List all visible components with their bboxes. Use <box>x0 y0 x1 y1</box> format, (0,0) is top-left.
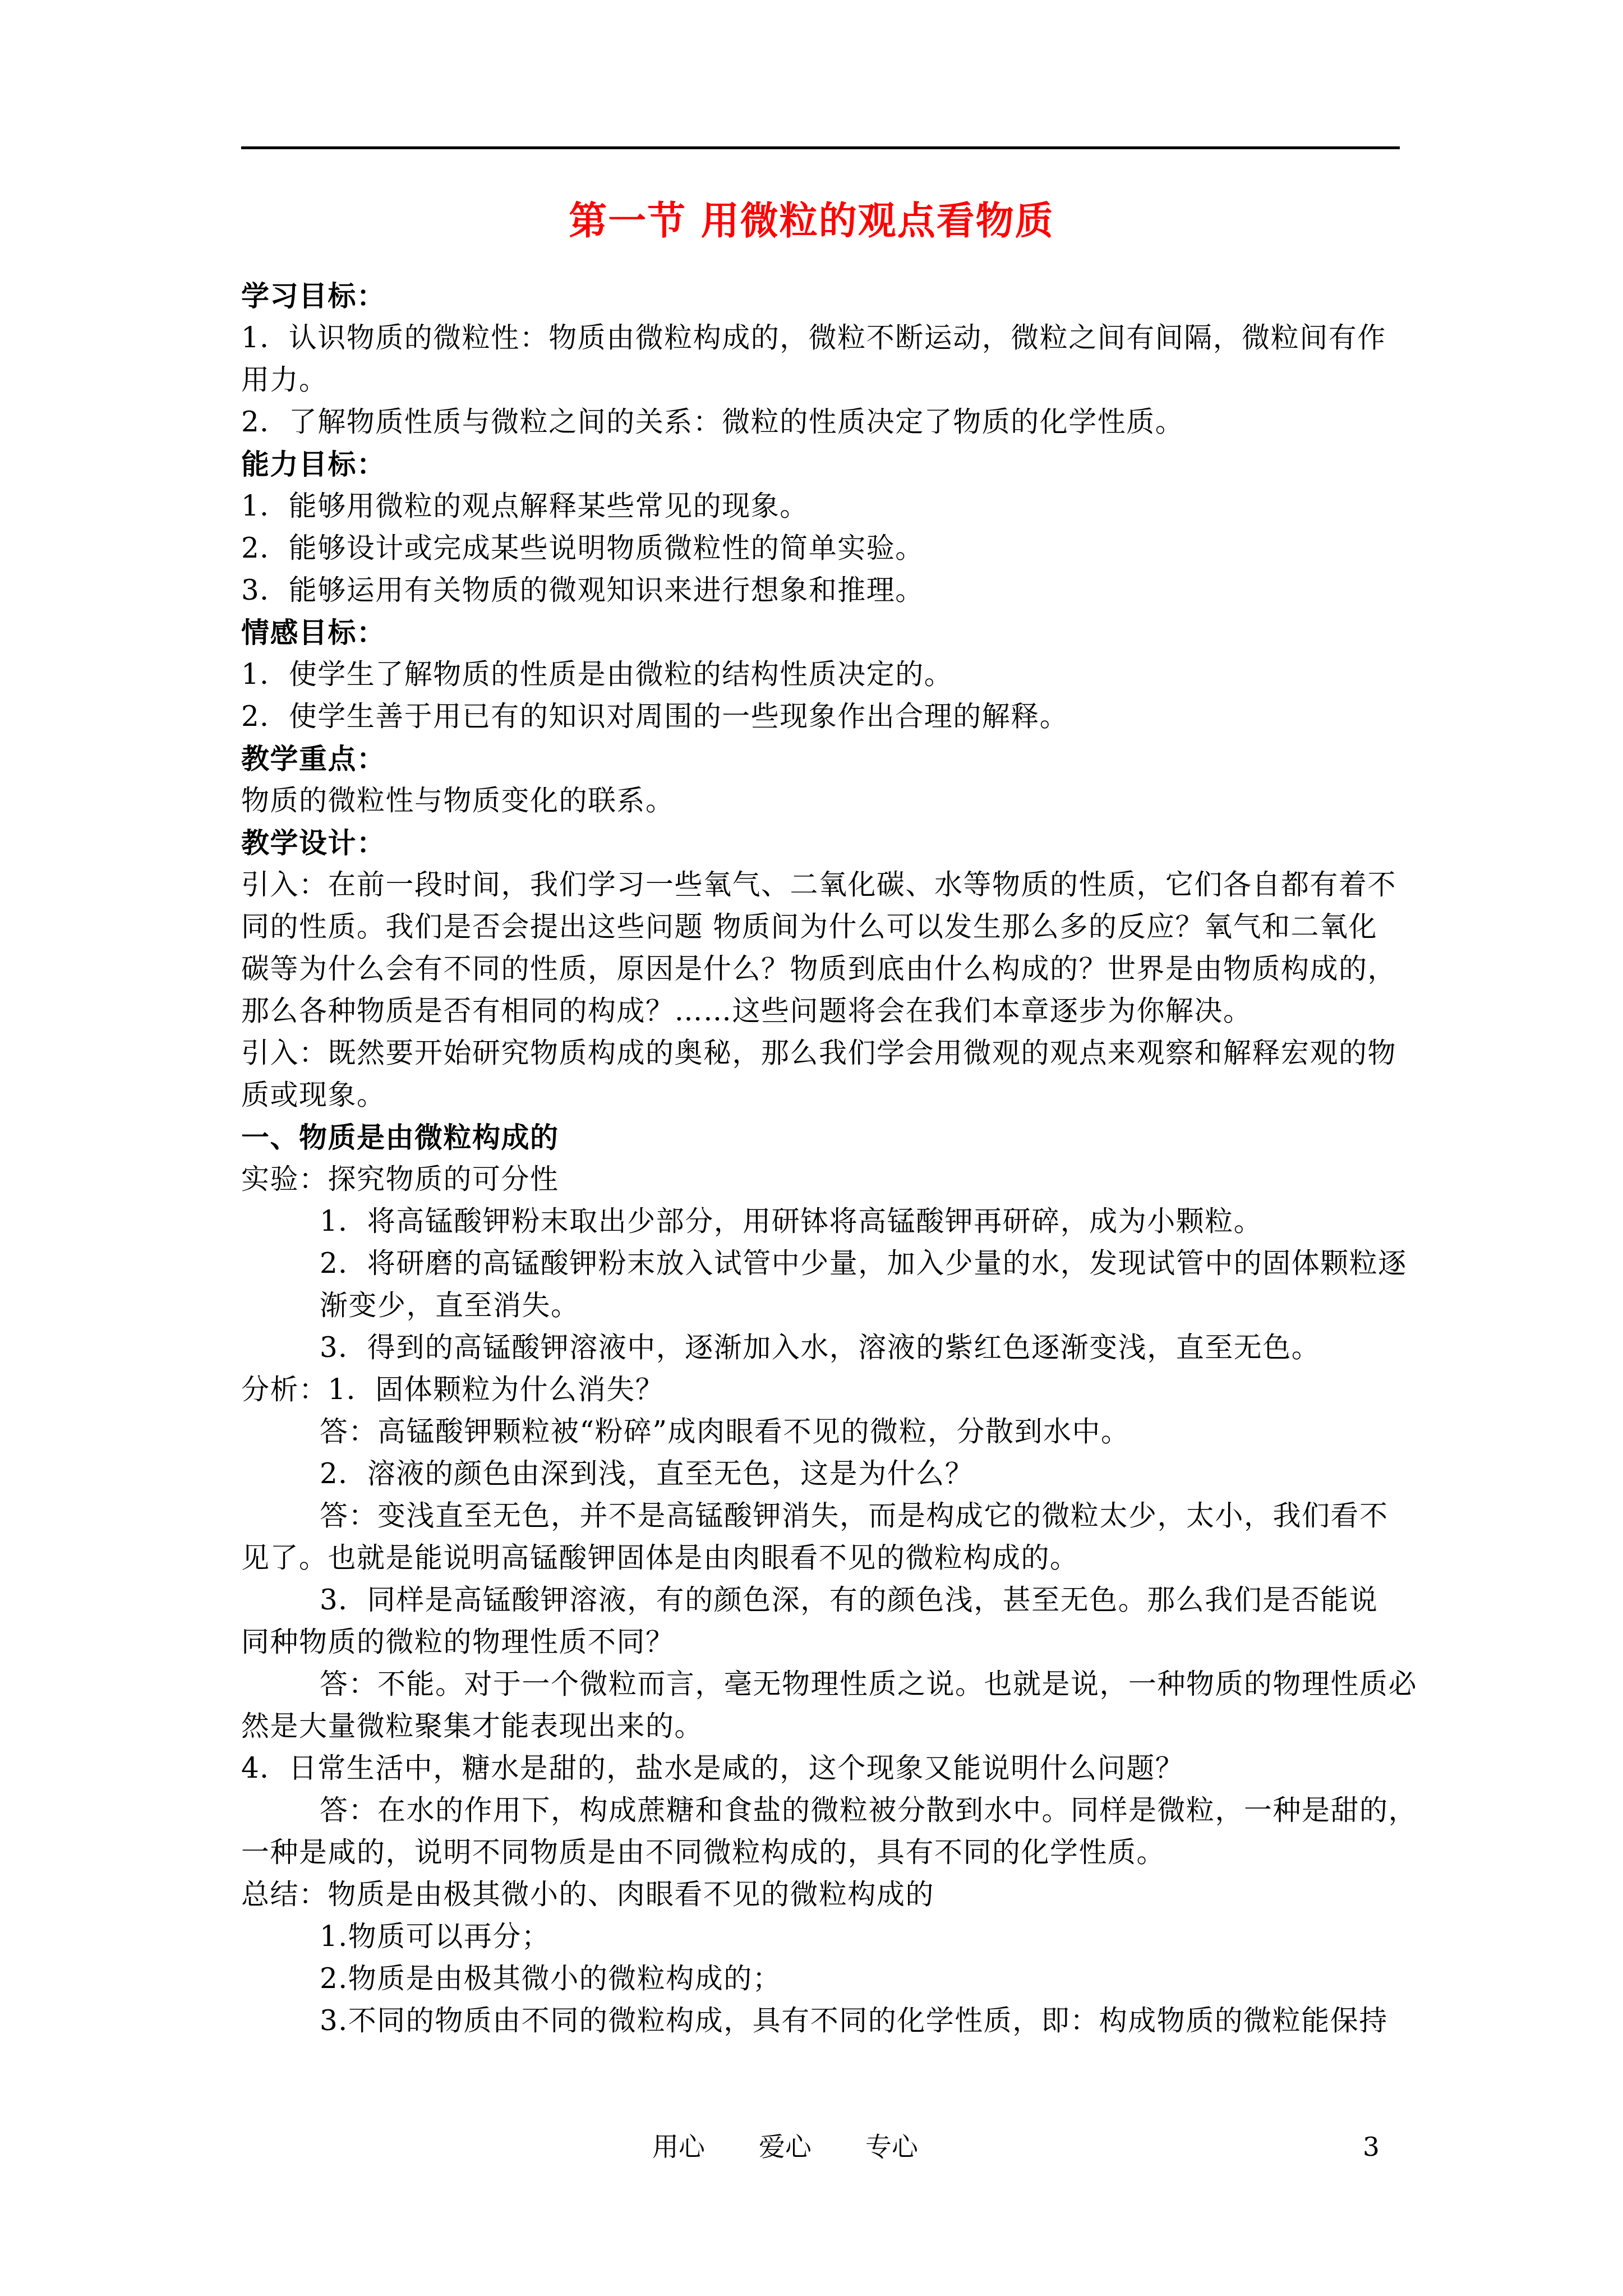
text-line: 引入：既然要开始研究物质构成的奥秘，那么我们学会用微观的观点来观察和解释宏观的物 <box>241 1032 1402 1074</box>
text-line: 3．能够运用有关物质的微观知识来进行想象和推理。 <box>241 569 1402 611</box>
heading-line: 学习目标： <box>241 275 1402 317</box>
page-title: 第一节 用微粒的观点看物质 <box>0 197 1623 245</box>
text-line: 碳等为什么会有不同的性质，原因是什么？物质到底由什么构成的？世界是由物质构成的， <box>241 948 1402 990</box>
text-line: 答：不能。对于一个微粒而言，毫无物理性质之说。也就是说，一种物质的物理性质必 <box>241 1663 1402 1705</box>
heading-line: 能力目标： <box>241 443 1402 485</box>
heading-line: 教学重点： <box>241 738 1402 780</box>
text-line: 1．使学生了解物质的性质是由微粒的结构性质决定的。 <box>241 654 1402 696</box>
footer-word: 爱心 <box>759 2131 811 2164</box>
heading-line: 教学设计： <box>241 822 1402 864</box>
text-line: 答：在水的作用下，构成蔗糖和食盐的微粒被分散到水中。同样是微粒，一种是甜的， <box>241 1789 1402 1832</box>
text-line: 答：高锰酸钾颗粒被“粉碎”成肉眼看不见的微粒，分散到水中。 <box>241 1411 1402 1453</box>
text-line: 答：变浅直至无色，并不是高锰酸钾消失，而是构成它的微粒太少，太小，我们看不 <box>241 1495 1402 1537</box>
text-line: 一种是咸的，说明不同物质是由不同微粒构成的，具有不同的化学性质。 <box>241 1832 1402 1874</box>
text-line: 2．溶液的颜色由深到浅，直至无色，这是为什么？ <box>241 1453 1402 1495</box>
text-line: 2．将研磨的高锰酸钾粉末放入试管中少量，加入少量的水，发现试管中的固体颗粒逐 <box>241 1243 1402 1285</box>
text-line: 2.物质是由极其微小的微粒构成的； <box>241 1958 1402 2000</box>
text-line: 物质的微粒性与物质变化的联系。 <box>241 780 1402 822</box>
footer-word: 用心 <box>652 2131 705 2164</box>
page-number: 3 <box>1363 2131 1380 2164</box>
text-line: 分析：1．固体颗粒为什么消失？ <box>241 1369 1402 1411</box>
text-line: 1.物质可以再分； <box>241 1916 1402 1958</box>
text-line: 1．认识物质的微粒性：物质由微粒构成的，微粒不断运动，微粒之间有间隔，微粒间有作 <box>241 317 1402 359</box>
text-line: 用力。 <box>241 359 1402 401</box>
text-line: 2．能够设计或完成某些说明物质微粒性的简单实验。 <box>241 527 1402 569</box>
text-line: 那么各种物质是否有相同的构成？……这些问题将会在我们本章逐步为你解决。 <box>241 990 1402 1032</box>
text-line: 3．得到的高锰酸钾溶液中，逐渐加入水，溶液的紫红色逐渐变浅，直至无色。 <box>241 1327 1402 1369</box>
text-line: 实验：探究物质的可分性 <box>241 1158 1402 1200</box>
text-line: 总结：物质是由极其微小的、肉眼看不见的微粒构成的 <box>241 1874 1402 1916</box>
text-line: 同的性质。我们是否会提出这些问题 物质间为什么可以发生那么多的反应？氧气和二氧化 <box>241 906 1402 948</box>
heading-line: 一、物质是由微粒构成的 <box>241 1116 1402 1158</box>
page-footer: 用心爱心专心 3 <box>0 2131 1623 2175</box>
document-body: 学习目标：1．认识物质的微粒性：物质由微粒构成的，微粒不断运动，微粒之间有间隔，… <box>241 275 1402 2042</box>
text-line: 3.不同的物质由不同的微粒构成，具有不同的化学性质，即：构成物质的微粒能保持 <box>241 2000 1402 2042</box>
text-line: 4．日常生活中，糖水是甜的，盐水是咸的，这个现象又能说明什么问题？ <box>241 1747 1402 1789</box>
text-line: 3．同样是高锰酸钾溶液，有的颜色深，有的颜色浅，甚至无色。那么我们是否能说 <box>241 1579 1402 1621</box>
text-line: 同种物质的微粒的物理性质不同？ <box>241 1621 1402 1663</box>
text-line: 2．使学生善于用已有的知识对周围的一些现象作出合理的解释。 <box>241 696 1402 738</box>
text-line: 质或现象。 <box>241 1074 1402 1116</box>
heading-line: 情感目标： <box>241 611 1402 654</box>
text-line: 引入：在前一段时间，我们学习一些氧气、二氧化碳、水等物质的性质，它们各自都有着不 <box>241 864 1402 906</box>
footer-word: 专心 <box>865 2131 918 2164</box>
text-line: 1．将高锰酸钾粉末取出少部分，用研钵将高锰酸钾再研碎，成为小颗粒。 <box>241 1200 1402 1243</box>
text-line: 2．了解物质性质与微粒之间的关系：微粒的性质决定了物质的化学性质。 <box>241 401 1402 443</box>
document-page: 第一节 用微粒的观点看物质 学习目标：1．认识物质的微粒性：物质由微粒构成的，微… <box>0 0 1623 2296</box>
text-line: 1．能够用微粒的观点解释某些常见的现象。 <box>241 485 1402 527</box>
text-line: 渐变少，直至消失。 <box>241 1285 1402 1327</box>
header-rule <box>241 146 1400 149</box>
text-line: 见了。也就是能说明高锰酸钾固体是由肉眼看不见的微粒构成的。 <box>241 1537 1402 1579</box>
text-line: 然是大量微粒聚集才能表现出来的。 <box>241 1705 1402 1747</box>
footer-words: 用心爱心专心 <box>652 2131 918 2164</box>
